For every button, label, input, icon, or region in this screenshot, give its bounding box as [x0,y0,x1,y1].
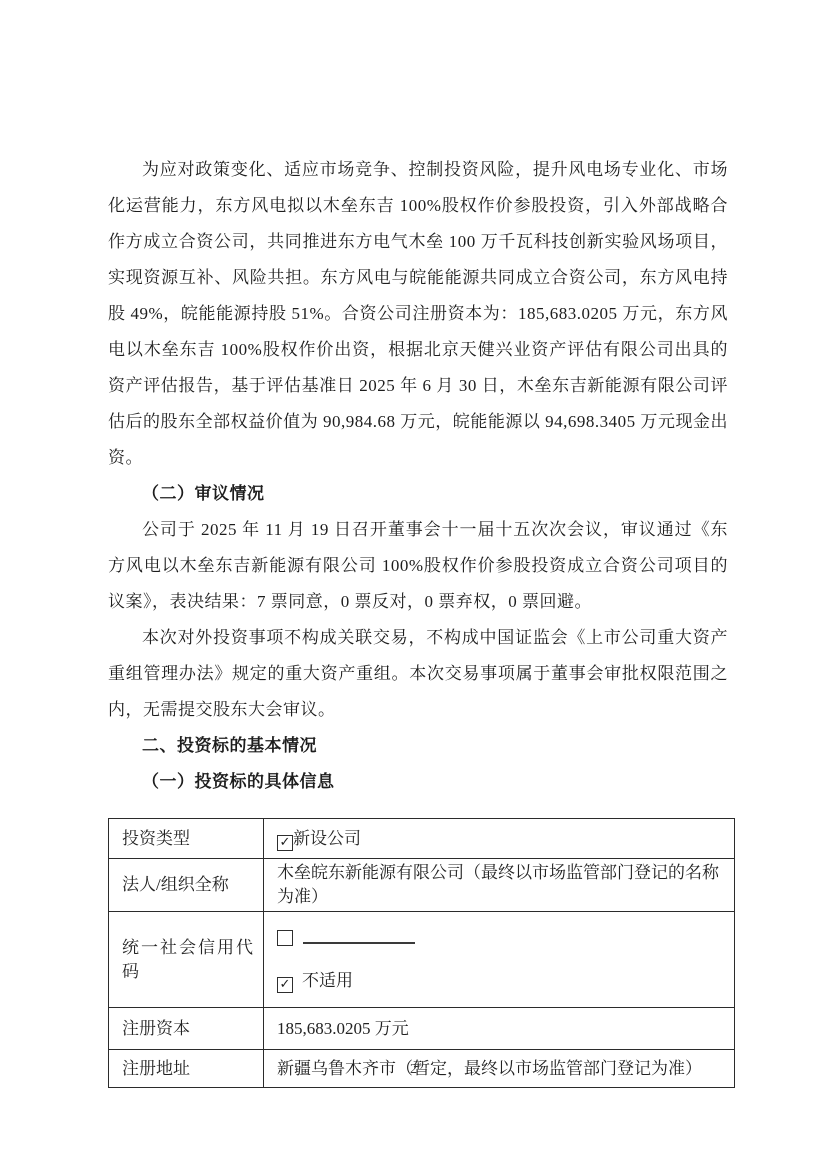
table-row-registered-capital: 注册资本 185,683.0205 万元 [109,1008,735,1050]
paragraph-board-meeting: 公司于 2025 年 11 月 19 日召开董事会十一届十五次次会议，审议通过《… [108,512,728,620]
blank-fill-line [303,932,415,944]
registered-capital-value: 185,683.0205 万元 [264,1008,735,1050]
investment-target-info-table: 投资类型 ✓新设公司 法人/组织全称 木垒皖东新能源有限公司（最终以市场监管部门… [108,818,735,1088]
checkbox-checked-icon: ✓ [277,835,293,851]
row-label-entity-name: 法人/组织全称 [109,859,264,912]
entity-name-value: 木垒皖东新能源有限公司（最终以市场监管部门登记的名称为准） [264,859,735,912]
investment-type-value: 新设公司 [293,829,361,848]
checkbox-unchecked-icon [277,930,293,946]
document-page: 为应对政策变化、适应市场竞争、控制投资风险，提升风电场专业化、市场化运营能力，东… [0,0,827,1169]
row-label-credit-code: 统一社会信用代码 [109,912,264,1008]
table-row-entity-name: 法人/组织全称 木垒皖东新能源有限公司（最终以市场监管部门登记的名称为准） [109,859,735,912]
document-body: 为应对政策变化、适应市场竞争、控制投资风险，提升风电场专业化、市场化运营能力，东… [108,152,728,1088]
paragraph-no-related-transaction: 本次对外投资事项不构成关联交易，不构成中国证监会《上市公司重大资产重组管理办法》… [108,620,728,728]
credit-code-option-not-applicable: ✓不适用 [277,968,724,994]
credit-code-na-label: 不适用 [302,971,353,990]
row-label-registered-capital: 注册资本 [109,1008,264,1050]
row-label-investment-type: 投资类型 [109,819,264,859]
heading-section-2-1: （一）投资标的具体信息 [108,764,728,800]
paragraph-investment-overview: 为应对政策变化、适应市场竞争、控制投资风险，提升风电场专业化、市场化运营能力，东… [108,152,728,476]
heading-section-2: 二、投资标的基本情况 [108,728,728,764]
table-row-credit-code: 统一社会信用代码 ✓不适用 [109,912,735,1008]
credit-code-option-blank [277,926,724,952]
table-row-investment-type: 投资类型 ✓新设公司 [109,819,735,859]
checkbox-checked-icon: ✓ [277,977,293,993]
heading-review-status: （二）审议情况 [108,476,728,512]
page-number: 2 [0,1062,827,1078]
